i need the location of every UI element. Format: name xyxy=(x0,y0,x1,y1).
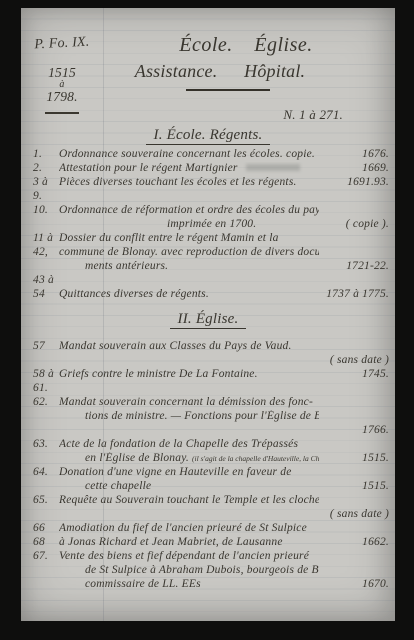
entry-text: imprimée en 1700. xyxy=(59,218,319,230)
entry-text: Dossier du conflit entre le régent Mamin… xyxy=(59,232,319,244)
entry-line: ments antérieurs.1721-22. xyxy=(21,260,395,274)
entry-number: 3 à xyxy=(21,176,59,188)
entry-date: 1669. xyxy=(319,162,395,174)
entry-date: 1670. xyxy=(319,578,395,590)
entry-date: 1515. xyxy=(319,480,395,492)
entry-number: 2. xyxy=(21,162,59,174)
entry-text: commissaire de LL. EEs xyxy=(59,578,319,590)
entry-line: cette chapelle1515. xyxy=(21,480,395,494)
entry-text: Requête au Souverain touchant le Temple … xyxy=(59,494,319,506)
entry-text: Ordonnance de réformation et ordre des é… xyxy=(59,204,319,216)
entry-date: ( sans date ) xyxy=(319,354,395,366)
entry-text: Pièces diverses touchant les écoles et l… xyxy=(59,176,319,188)
entry-text: Quittances diverses de régents. xyxy=(59,288,319,300)
entry-number: 1. xyxy=(21,148,59,160)
entry-date: ( sans date ) xyxy=(319,508,395,520)
entry-number: 11 à xyxy=(21,232,59,244)
entry-number: 65. xyxy=(21,494,59,506)
entry-number: 58 à xyxy=(21,368,59,380)
entry-line: 3 àPièces diverses touchant les écoles e… xyxy=(21,176,395,190)
entry-text: commune de Blonay. avec reproduction de … xyxy=(59,246,319,258)
entry-line: 66Amodiation du fief de l'ancien prieuré… xyxy=(21,522,395,536)
sheet-label: P. Fo. IX. xyxy=(23,34,102,54)
entry-text: cette chapelle xyxy=(59,480,319,492)
scanned-archive-page: { "margin": { "sheet_label": "P. Fo. IX.… xyxy=(0,0,414,640)
entry-line: 1.Ordonnance souveraine concernant les é… xyxy=(21,148,395,162)
entry-line: 68à Jonas Richard et Jean Mabriet, de La… xyxy=(21,536,395,550)
entry-date: 1737 à 1775. xyxy=(319,288,395,300)
entry-number: 54 xyxy=(21,288,59,300)
entry-text: Griefs contre le ministre De La Fontaine… xyxy=(59,368,319,380)
entry-number: 43 à xyxy=(21,274,59,286)
entry-line: commissaire de LL. EEs1670. xyxy=(21,578,395,592)
inventory-list: I. École. Régents. 1.Ordonnance souverai… xyxy=(21,127,395,592)
entry-number: 67. xyxy=(21,550,59,562)
entry-date: 1721-22. xyxy=(319,260,395,272)
entry-text: Mandat souverain aux Classes du Pays de … xyxy=(59,340,319,352)
entry-line: 1766. xyxy=(21,424,395,438)
entry-line: 62.Mandat souverain concernant la démiss… xyxy=(21,396,395,410)
entry-line: 9. xyxy=(21,190,395,204)
entry-date: ( copie ). xyxy=(319,218,395,230)
entry-line: 63.Acte de la fondation de la Chapelle d… xyxy=(21,438,395,452)
entry-line: 10.Ordonnance de réformation et ordre de… xyxy=(21,204,395,218)
entry-text: Vente des biens et fief dépendant de l'a… xyxy=(59,550,319,562)
entry-date: 1662. xyxy=(319,536,395,548)
entry-line: 54Quittances diverses de régents.1737 à … xyxy=(21,288,395,302)
entry-text: Acte de la fondation de la Chapelle des … xyxy=(59,438,319,450)
entry-line: 61. xyxy=(21,382,395,396)
entry-date: 1745. xyxy=(319,368,395,380)
entry-marginal-note: (il s'agit de la chapelle d'Hauteville, … xyxy=(192,454,319,463)
entry-line: en l'Église de Blonay. (il s'agit de la … xyxy=(21,452,395,466)
entry-text: Amodiation du fief de l'ancien prieuré d… xyxy=(59,522,319,534)
title-divider xyxy=(186,89,270,91)
year-to: 1798. xyxy=(23,90,101,104)
entry-number: 61. xyxy=(21,382,59,394)
entry-number: 9. xyxy=(21,190,59,202)
entry-text: Donation d'une vigne en Hauteville en fa… xyxy=(59,466,319,478)
entry-text: tions de ministre. — Fonctions pour l'Ég… xyxy=(59,410,319,422)
faded-pencil-annotation xyxy=(246,164,300,171)
entry-line: 2.Attestation pour le régent Martignier1… xyxy=(21,162,395,176)
page-header: École. Église. Assistance. Hôpital. xyxy=(103,34,389,91)
section-heading-ecole-regents: I. École. Régents. xyxy=(21,127,395,144)
entry-text: Mandat souverain concernant la démission… xyxy=(59,396,319,408)
entry-number: 42, xyxy=(21,246,59,258)
entry-text: Attestation pour le régent Martignier xyxy=(59,162,319,174)
page-title-line1: École. Église. xyxy=(103,34,389,57)
entry-date: 1766. xyxy=(319,424,395,436)
page-title-line2: Assistance. Hôpital. xyxy=(77,61,363,82)
document-paper: P. Fo. IX. 1515 à 1798. École. Église. A… xyxy=(21,8,395,621)
entry-line: 58 àGriefs contre le ministre De La Font… xyxy=(21,368,395,382)
entry-text: à Jonas Richard et Jean Mabriet, de Laus… xyxy=(59,536,319,548)
entry-line: 57Mandat souverain aux Classes du Pays d… xyxy=(21,340,395,354)
entry-line: tions de ministre. — Fonctions pour l'Ég… xyxy=(21,410,395,424)
document-range-note: N. 1 à 271. xyxy=(283,107,343,123)
entry-text: Ordonnance souveraine concernant les éco… xyxy=(59,148,319,160)
entry-number: 66 xyxy=(21,522,59,534)
entry-number: 63. xyxy=(21,438,59,450)
entry-line: de St Sulpice à Abraham Dubois, bourgeoi… xyxy=(21,564,395,578)
margin-underline xyxy=(45,112,79,114)
entry-text: en l'Église de Blonay. (il s'agit de la … xyxy=(59,452,319,464)
entry-line: ( sans date ) xyxy=(21,354,395,368)
entry-line: 64.Donation d'une vigne en Hauteville en… xyxy=(21,466,395,480)
entry-date: 1676. xyxy=(319,148,395,160)
entry-number: 64. xyxy=(21,466,59,478)
entry-text: ments antérieurs. xyxy=(59,260,319,272)
entry-number: 57 xyxy=(21,340,59,352)
entry-number: 10. xyxy=(21,204,59,216)
entry-line: 11 àDossier du conflit entre le régent M… xyxy=(21,232,395,246)
entry-line: 65.Requête au Souverain touchant le Temp… xyxy=(21,494,395,508)
entry-line: 67.Vente des biens et fief dépendant de … xyxy=(21,550,395,564)
entry-line: ( sans date ) xyxy=(21,508,395,522)
entry-line: 43 à xyxy=(21,274,395,288)
entry-text: de St Sulpice à Abraham Dubois, bourgeoi… xyxy=(59,564,319,576)
entry-date: 1691.93. xyxy=(319,176,395,188)
entry-number: 68 xyxy=(21,536,59,548)
entry-line: 42,commune de Blonay. avec reproduction … xyxy=(21,246,395,260)
entry-date: 1515. xyxy=(319,452,395,464)
entry-line: imprimée en 1700.( copie ). xyxy=(21,218,395,232)
section-heading-eglise: II. Église. xyxy=(21,311,395,328)
entry-number: 62. xyxy=(21,396,59,408)
